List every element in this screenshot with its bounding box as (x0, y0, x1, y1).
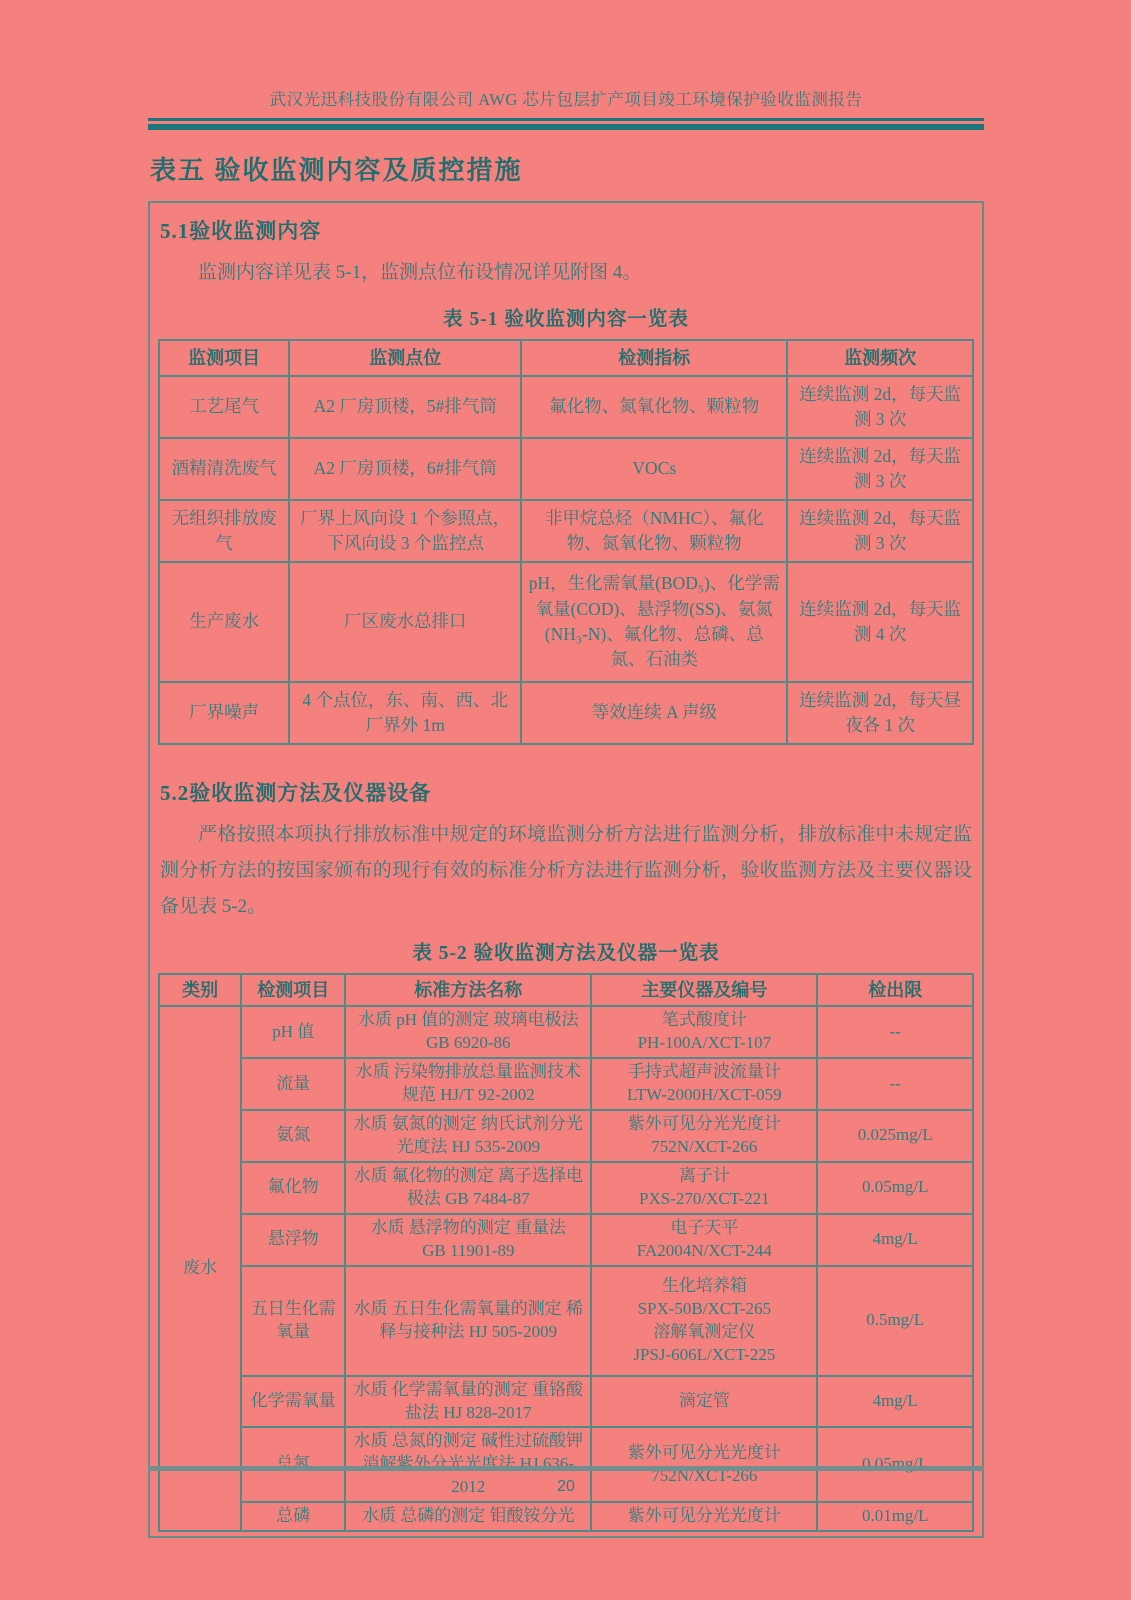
table-row: 悬浮物 水质 悬浮物的测定 重量法 GB 11901-89 电子天平 FA200… (159, 1214, 973, 1266)
table-cell: 0.01mg/L (817, 1502, 973, 1531)
table-5-2-caption: 表 5-2 验收监测方法及仪器一览表 (158, 937, 974, 965)
table-cell: 工艺尾气 (159, 376, 289, 438)
table-cell: 厂界噪声 (159, 682, 289, 744)
table-row: 生产废水 厂区废水总排口 pH，生化需氧量(BOD₅)、化学需氧量(COD)、悬… (159, 562, 973, 682)
table-cell: 水质 化学需氧量的测定 重铬酸盐法 HJ 828-2017 (345, 1376, 591, 1428)
column-header: 检出限 (817, 974, 973, 1006)
table-cell: 0.025mg/L (817, 1110, 973, 1162)
table-cell: 水质 污染物排放总量监测技术规范 HJ/T 92-2002 (345, 1058, 591, 1110)
table-cell: 生产废水 (159, 562, 289, 682)
table-cell: 4mg/L (817, 1376, 973, 1428)
section-5-2-heading: 5.2验收监测方法及仪器设备 (160, 777, 974, 807)
table-cell: 等效连续 A 声级 (521, 682, 787, 744)
table-5-1-header-row: 监测项目 监测点位 检测指标 监测频次 (159, 340, 973, 376)
column-header: 检测项目 (241, 974, 345, 1006)
table-cell: 氨氮 (241, 1110, 345, 1162)
table-cell: 非甲烷总烃（NMHC）、氟化物、氮氧化物、颗粒物 (521, 500, 787, 562)
table-cell: 氟化物、氮氧化物、颗粒物 (521, 376, 787, 438)
table-cell: 离子计 PXS-270/XCT-221 (591, 1162, 817, 1214)
page-column: 武汉光迅科技股份有限公司 AWG 芯片包层扩产项目竣工环境保护验收监测报告 表五… (148, 0, 984, 1538)
table-cell: 连续监测 2d，每天监测 4 次 (787, 562, 973, 682)
table-cell: 无组织排放废气 (159, 500, 289, 562)
table-cell: 水质 悬浮物的测定 重量法 GB 11901-89 (345, 1214, 591, 1266)
table-cell: 4 个点位，东、南、西、北厂界外 1m (289, 682, 521, 744)
table-cell: 水质 五日生化需氧量的测定 稀释与接种法 HJ 505-2009 (345, 1266, 591, 1376)
table-cell: 连续监测 2d，每天监测 3 次 (787, 438, 973, 500)
table-row: 氟化物 水质 氟化物的测定 离子选择电极法 GB 7484-87 离子计 PXS… (159, 1162, 973, 1214)
table-cell: 水质 总磷的测定 钼酸铵分光 (345, 1502, 591, 1531)
table-cell: 总磷 (241, 1502, 345, 1531)
column-header: 监测点位 (289, 340, 521, 376)
table-row: 废水 pH 值 水质 pH 值的测定 玻璃电极法 GB 6920-86 笔式酸度… (159, 1006, 973, 1058)
table-cell: 0.05mg/L (817, 1162, 973, 1214)
table-cell: 酒精清洗废气 (159, 438, 289, 500)
table-cell: 紫外可见分光光度计 752N/XCT-266 (591, 1110, 817, 1162)
table-cell: 0.5mg/L (817, 1266, 973, 1376)
column-header: 监测频次 (787, 340, 973, 376)
column-header: 检测指标 (521, 340, 787, 376)
table-cell: pH 值 (241, 1006, 345, 1058)
table-cell: 悬浮物 (241, 1214, 345, 1266)
table-5-1: 监测项目 监测点位 检测指标 监测频次 工艺尾气 A2 厂房顶楼，5#排气筒 氟… (158, 339, 974, 745)
table-row: 厂界噪声 4 个点位，东、南、西、北厂界外 1m 等效连续 A 声级 连续监测 … (159, 682, 973, 744)
table-row: 酒精清洗废气 A2 厂房顶楼，6#排气筒 VOCs 连续监测 2d，每天监测 3… (159, 438, 973, 500)
table-cell: 氟化物 (241, 1162, 345, 1214)
table-row: 氨氮 水质 氨氮的测定 纳氏试剂分光光度法 HJ 535-2009 紫外可见分光… (159, 1110, 973, 1162)
table-5-2-header-row: 类别 检测项目 标准方法名称 主要仪器及编号 检出限 (159, 974, 973, 1006)
table-cell: 水质 氨氮的测定 纳氏试剂分光光度法 HJ 535-2009 (345, 1110, 591, 1162)
table-cell: 连续监测 2d，每天监测 3 次 (787, 500, 973, 562)
table-cell: 4mg/L (817, 1214, 973, 1266)
table-cell: 连续监测 2d，每天昼夜各 1 次 (787, 682, 973, 744)
table-cell: -- (817, 1006, 973, 1058)
table-cell: 水质 pH 值的测定 玻璃电极法 GB 6920-86 (345, 1006, 591, 1058)
column-header: 主要仪器及编号 (591, 974, 817, 1006)
page-title: 表五 验收监测内容及质控措施 (150, 150, 984, 187)
table-cell: 紫外可见分光光度计 (591, 1502, 817, 1531)
table-cell: pH，生化需氧量(BOD₅)、化学需氧量(COD)、悬浮物(SS)、氨氮(NH₃… (521, 562, 787, 682)
section-5-2-paragraph: 严格按照本项执行排放标准中规定的环境监测分析方法进行监测分析，排放标准中未规定监… (160, 817, 972, 925)
table-cell: -- (817, 1058, 973, 1110)
table-cell: 电子天平 FA2004N/XCT-244 (591, 1214, 817, 1266)
table-5-1-caption: 表 5-1 验收监测内容一览表 (158, 303, 974, 331)
table-cell: A2 厂房顶楼，6#排气筒 (289, 438, 521, 500)
column-header: 类别 (159, 974, 241, 1006)
section-5-1-paragraph: 监测内容详见表 5-1，监测点位布设情况详见附图 4。 (160, 255, 972, 291)
table-cell: 水质 氟化物的测定 离子选择电极法 GB 7484-87 (345, 1162, 591, 1214)
document-header-title: 武汉光迅科技股份有限公司 AWG 芯片包层扩产项目竣工环境保护验收监测报告 (148, 86, 984, 110)
content-box: 5.1验收监测内容 监测内容详见表 5-1，监测点位布设情况详见附图 4。 表 … (148, 201, 984, 1538)
table-cell: 化学需氧量 (241, 1376, 345, 1428)
footer-rule (148, 1466, 984, 1471)
table-5-2: 类别 检测项目 标准方法名称 主要仪器及编号 检出限 废水 pH 值 水质 pH… (158, 973, 974, 1532)
table-cell: 厂区废水总排口 (289, 562, 521, 682)
table-row: 流量 水质 污染物排放总量监测技术规范 HJ/T 92-2002 手持式超声波流… (159, 1058, 973, 1110)
table-cell: 滴定管 (591, 1376, 817, 1428)
page-number: 20 (148, 1478, 984, 1496)
table-cell: 手持式超声波流量计 LTW-2000H/XCT-059 (591, 1058, 817, 1110)
table-row: 总磷 水质 总磷的测定 钼酸铵分光 紫外可见分光光度计 0.01mg/L (159, 1502, 973, 1531)
table-cell: 厂界上风向设 1 个参照点，下风向设 3 个监控点 (289, 500, 521, 562)
header-double-rule (148, 118, 984, 130)
table-row: 五日生化需氧量 水质 五日生化需氧量的测定 稀释与接种法 HJ 505-2009… (159, 1266, 973, 1376)
table-cell: VOCs (521, 438, 787, 500)
table-cell: 笔式酸度计 PH-100A/XCT-107 (591, 1006, 817, 1058)
table-cell: 流量 (241, 1058, 345, 1110)
table-row: 化学需氧量 水质 化学需氧量的测定 重铬酸盐法 HJ 828-2017 滴定管 … (159, 1376, 973, 1428)
table-row: 无组织排放废气 厂界上风向设 1 个参照点，下风向设 3 个监控点 非甲烷总烃（… (159, 500, 973, 562)
table-cell: A2 厂房顶楼，5#排气筒 (289, 376, 521, 438)
section-5-1-heading: 5.1验收监测内容 (160, 215, 974, 245)
table-row: 工艺尾气 A2 厂房顶楼，5#排气筒 氟化物、氮氧化物、颗粒物 连续监测 2d，… (159, 376, 973, 438)
table-cell: 生化培养箱 SPX-50B/XCT-265 溶解氧测定仪 JPSJ-606L/X… (591, 1266, 817, 1376)
column-header: 标准方法名称 (345, 974, 591, 1006)
table-cell: 五日生化需氧量 (241, 1266, 345, 1376)
section-spacer (158, 745, 974, 771)
category-cell: 废水 (159, 1006, 241, 1531)
table-cell: 连续监测 2d，每天监测 3 次 (787, 376, 973, 438)
column-header: 监测项目 (159, 340, 289, 376)
